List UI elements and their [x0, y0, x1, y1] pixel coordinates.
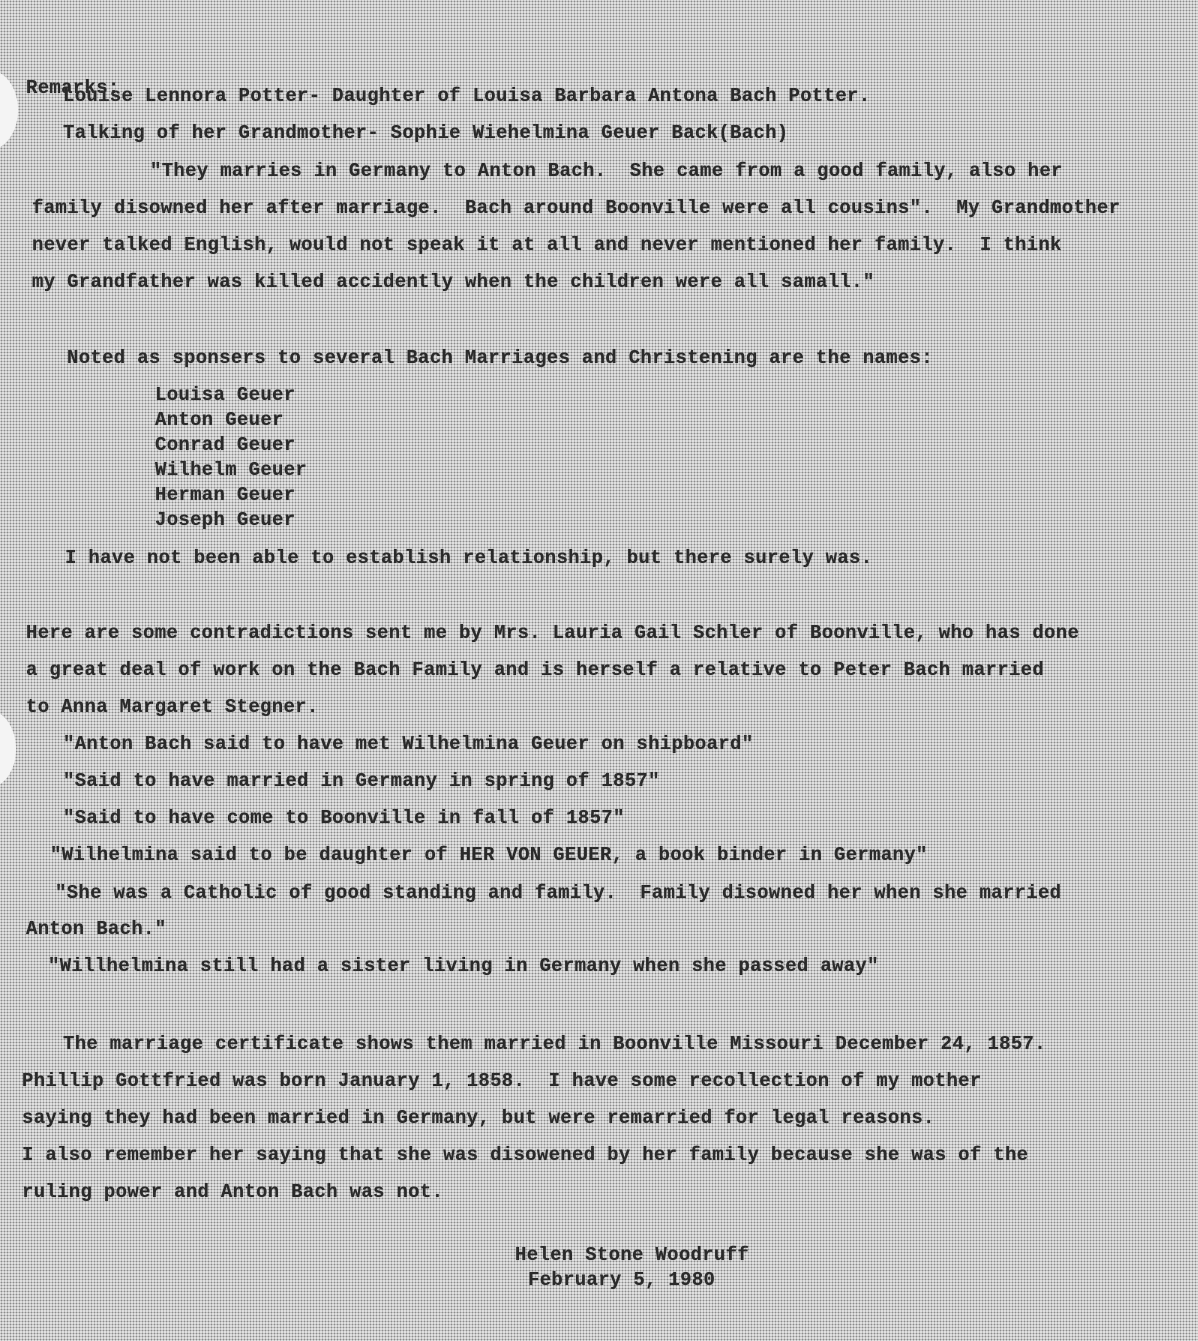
relationship-note: I have not been able to establish relati…: [65, 546, 872, 570]
quote-line: my Grandfather was killed accidently whe…: [32, 270, 875, 294]
contradictions-intro-line: to Anna Margaret Stegner.: [26, 695, 319, 719]
contradictions-intro-line: a great deal of work on the Bach Family …: [26, 658, 1044, 682]
contradiction-item: "Said to have married in Germany in spri…: [63, 769, 660, 793]
intro-line: Talking of her Grandmother- Sophie Wiehe…: [63, 121, 789, 145]
contradiction-item: "She was a Catholic of good standing and…: [55, 881, 1061, 905]
contradiction-item: "Anton Bach said to have met Wilhelmina …: [63, 732, 753, 756]
sponsor-name: Louisa Geuer: [155, 383, 295, 407]
signature-name: Helen Stone Woodruff: [515, 1243, 749, 1267]
contradiction-item: "Willhelmina still had a sister living i…: [48, 954, 879, 978]
sponsor-name: Joseph Geuer: [155, 508, 295, 532]
quote-line: "They marries in Germany to Anton Bach. …: [150, 159, 1063, 183]
sponsor-name: Herman Geuer: [155, 483, 295, 507]
quote-line: never talked English, would not speak it…: [32, 233, 1062, 257]
sponsor-name: Anton Geuer: [155, 408, 284, 432]
typewritten-page: Remarks: Louise Lennora Potter- Daughter…: [0, 0, 1198, 1341]
conclusion-line: ruling power and Anton Bach was not.: [22, 1180, 443, 1204]
contradictions-intro-line: Here are some contradictions sent me by …: [26, 621, 1079, 645]
sponsor-name: Conrad Geuer: [155, 433, 295, 457]
conclusion-line: Phillip Gottfried was born January 1, 18…: [22, 1069, 982, 1093]
contradiction-item: Anton Bach.": [26, 917, 166, 941]
conclusion-line: The marriage certificate shows them marr…: [63, 1032, 1046, 1056]
quote-line: family disowned her after marriage. Bach…: [32, 196, 1120, 220]
sponsors-intro: Noted as sponsers to several Bach Marria…: [67, 346, 933, 370]
punch-hole-top: [0, 70, 18, 150]
sponsor-name: Wilhelm Geuer: [155, 458, 307, 482]
conclusion-line: saying they had been married in Germany,…: [22, 1106, 935, 1130]
conclusion-line: I also remember her saying that she was …: [22, 1143, 1028, 1167]
contradiction-item: "Wilhelmina said to be daughter of HER V…: [50, 843, 928, 867]
signature-date: February 5, 1980: [528, 1268, 715, 1292]
intro-line: Louise Lennora Potter- Daughter of Louis…: [63, 84, 870, 108]
punch-hole-middle: [0, 710, 16, 788]
contradiction-item: "Said to have come to Boonville in fall …: [63, 806, 625, 830]
